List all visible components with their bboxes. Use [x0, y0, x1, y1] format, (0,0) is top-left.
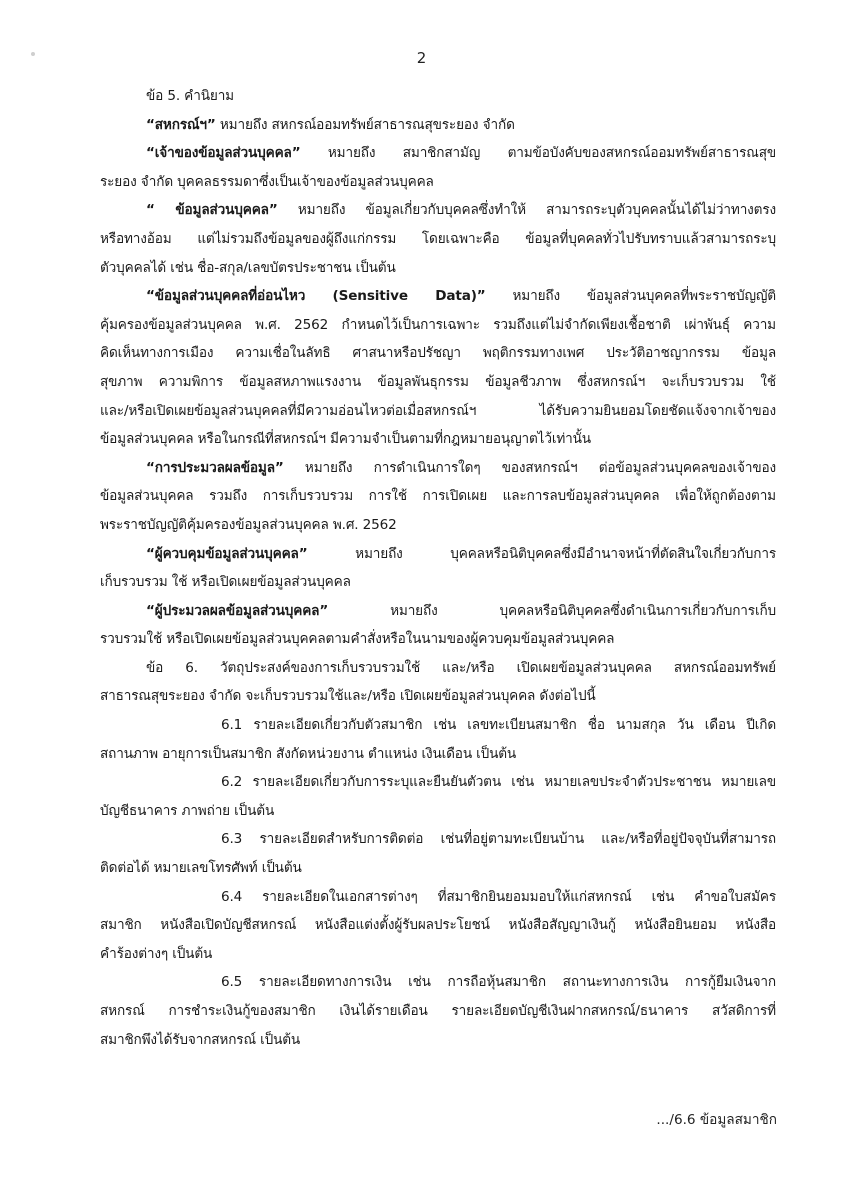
clause-6-3-line: ติดต่อได้ หมายเลขโทรศัพท์ เป็นต้น	[100, 854, 776, 883]
definition-text-line: รวบรวมใช้ หรือเปิดเผยข้อมูลส่วนบุคคลตามค…	[100, 625, 776, 654]
definition-personal-data: “ ข้อมูลส่วนบุคคล” หมายถึง ข้อมูลเกี่ยวก…	[100, 196, 776, 225]
definition-text-line: พระราชบัญญัติคุ้มครองข้อมูลส่วนบุคคล พ.ศ…	[100, 511, 776, 540]
continuation-note: .../6.6 ข้อมูลสมาชิก	[656, 1108, 777, 1130]
definition-text-line: สุขภาพ ความพิการ ข้อมูลสหภาพแรงงาน ข้อมู…	[100, 368, 776, 397]
clause-6-intro: ข้อ 6. วัตถุประสงค์ของการเก็บรวบรวมใช้ แ…	[100, 654, 776, 683]
definition-text: หมายถึง การดำเนินการใดๆ ของสหกรณ์ฯ ต่อข้…	[284, 460, 776, 476]
clause-6-5: 6.5 รายละเอียดทางการเงิน เช่น การถือหุ้น…	[100, 968, 776, 997]
clause-6-2-line: บัญชีธนาคาร ภาพถ่าย เป็นต้น	[100, 797, 776, 826]
definition-text: หมายถึง บุคคลหรือนิติบุคคลซึ่งมีอำนาจหน้…	[308, 546, 776, 562]
definition-term: “สหกรณ์ฯ”	[146, 117, 216, 133]
definition-text: หมายถึง ข้อมูลส่วนบุคคลที่พระราชบัญญัติ	[486, 288, 776, 304]
clause-6-4-line: สมาชิก หนังสือเปิดบัญชีสหกรณ์ หนังสือแต่…	[100, 911, 776, 940]
definition-text-line: ตัวบุคคลได้ เช่น ชื่อ-สกุล/เลขบัตรประชาช…	[100, 254, 776, 283]
definition-data-owner: “เจ้าของข้อมูลส่วนบุคคล” หมายถึง สมาชิกส…	[100, 139, 776, 168]
definition-text-line: คุ้มครองข้อมูลส่วนบุคคล พ.ศ. 2562 กำหนดไ…	[100, 311, 776, 340]
page-number: 2	[0, 49, 843, 67]
definition-term: “ผู้ควบคุมข้อมูลส่วนบุคคล”	[146, 546, 308, 562]
definition-data-controller: “ผู้ควบคุมข้อมูลส่วนบุคคล” หมายถึง บุคคล…	[100, 540, 776, 569]
clause-6-5-line: สมาชิกพึงได้รับจากสหกรณ์ เป็นต้น	[100, 1026, 776, 1055]
definition-term: “ข้อมูลส่วนบุคคลที่อ่อนไหว (Sensitive Da…	[146, 288, 486, 304]
definition-term: “ ข้อมูลส่วนบุคคล”	[146, 202, 278, 218]
definition-text-line: ระยอง จำกัด บุคคลธรรมดาซึ่งเป็นเจ้าของข้…	[100, 168, 776, 197]
definition-text-line: คิดเห็นทางการเมือง ความเชื่อในลัทธิ ศาสน…	[100, 339, 776, 368]
definition-term: “ผู้ประมวลผลข้อมูลส่วนบุคคล”	[146, 603, 328, 619]
definition-data-processor: “ผู้ประมวลผลข้อมูลส่วนบุคคล” หมายถึง บุค…	[100, 597, 776, 626]
definition-term: “การประมวลผลข้อมูล”	[146, 460, 284, 476]
definition-data-processing: “การประมวลผลข้อมูล” หมายถึง การดำเนินการ…	[100, 454, 776, 483]
definition-text: หมายถึง ข้อมูลเกี่ยวกับบุคคลซึ่งทำให้ สา…	[278, 202, 776, 218]
clause-5-heading: ข้อ 5. คำนิยาม	[100, 82, 776, 111]
clause-6-2: 6.2 รายละเอียดเกี่ยวกับการระบุและยืนยันต…	[100, 768, 776, 797]
definition-text-line: หรือทางอ้อม แต่ไม่รวมถึงข้อมูลของผู้ถึงแ…	[100, 225, 776, 254]
clause-6-4-line: คำร้องต่างๆ เป็นต้น	[100, 940, 776, 969]
definition-text-line: เก็บรวบรวม ใช้ หรือเปิดเผยข้อมูลส่วนบุคค…	[100, 568, 776, 597]
definition-text: หมายถึง สหกรณ์ออมทรัพย์สาธารณสุขระยอง จำ…	[216, 117, 515, 133]
clause-6-3: 6.3 รายละเอียดสำหรับการติดต่อ เช่นที่อยู…	[100, 825, 776, 854]
definition-sensitive-data: “ข้อมูลส่วนบุคคลที่อ่อนไหว (Sensitive Da…	[100, 282, 776, 311]
definition-text: หมายถึง บุคคลหรือนิติบุคคลซึ่งดำเนินการเ…	[328, 603, 776, 619]
definition-cooperative: “สหกรณ์ฯ” หมายถึง สหกรณ์ออมทรัพย์สาธารณส…	[100, 111, 776, 140]
clause-6-1-line: สถานภาพ อายุการเป็นสมาชิก สังกัดหน่วยงาน…	[100, 740, 776, 769]
definition-text-line: ข้อมูลส่วนบุคคล รวมถึง การเก็บรวบรวม การ…	[100, 482, 776, 511]
clause-6-1: 6.1 รายละเอียดเกี่ยวกับตัวสมาชิก เช่น เล…	[100, 711, 776, 740]
definition-text: หมายถึง สมาชิกสามัญ ตามข้อบังคับของสหกรณ…	[300, 145, 776, 161]
clause-6-4: 6.4 รายละเอียดในเอกสารต่างๆ ที่สมาชิกยิน…	[100, 883, 776, 912]
definition-text-line: ข้อมูลส่วนบุคคล หรือในกรณีที่สหกรณ์ฯ มีค…	[100, 425, 776, 454]
clause-6-5-line: สหกรณ์ การชำระเงินกู้ของสมาชิก เงินได้รา…	[100, 997, 776, 1026]
document-page: 2 ข้อ 5. คำนิยาม “สหกรณ์ฯ” หมายถึง สหกรณ…	[0, 0, 843, 1200]
clause-6-intro-line: สาธารณสุขระยอง จำกัด จะเก็บรวบรวมใช้และ/…	[100, 682, 776, 711]
definition-text-line: และ/หรือเปิดเผยข้อมูลส่วนบุคคลที่มีความอ…	[100, 397, 776, 426]
definition-term: “เจ้าของข้อมูลส่วนบุคคล”	[146, 145, 300, 161]
document-body: ข้อ 5. คำนิยาม “สหกรณ์ฯ” หมายถึง สหกรณ์อ…	[100, 82, 776, 1054]
